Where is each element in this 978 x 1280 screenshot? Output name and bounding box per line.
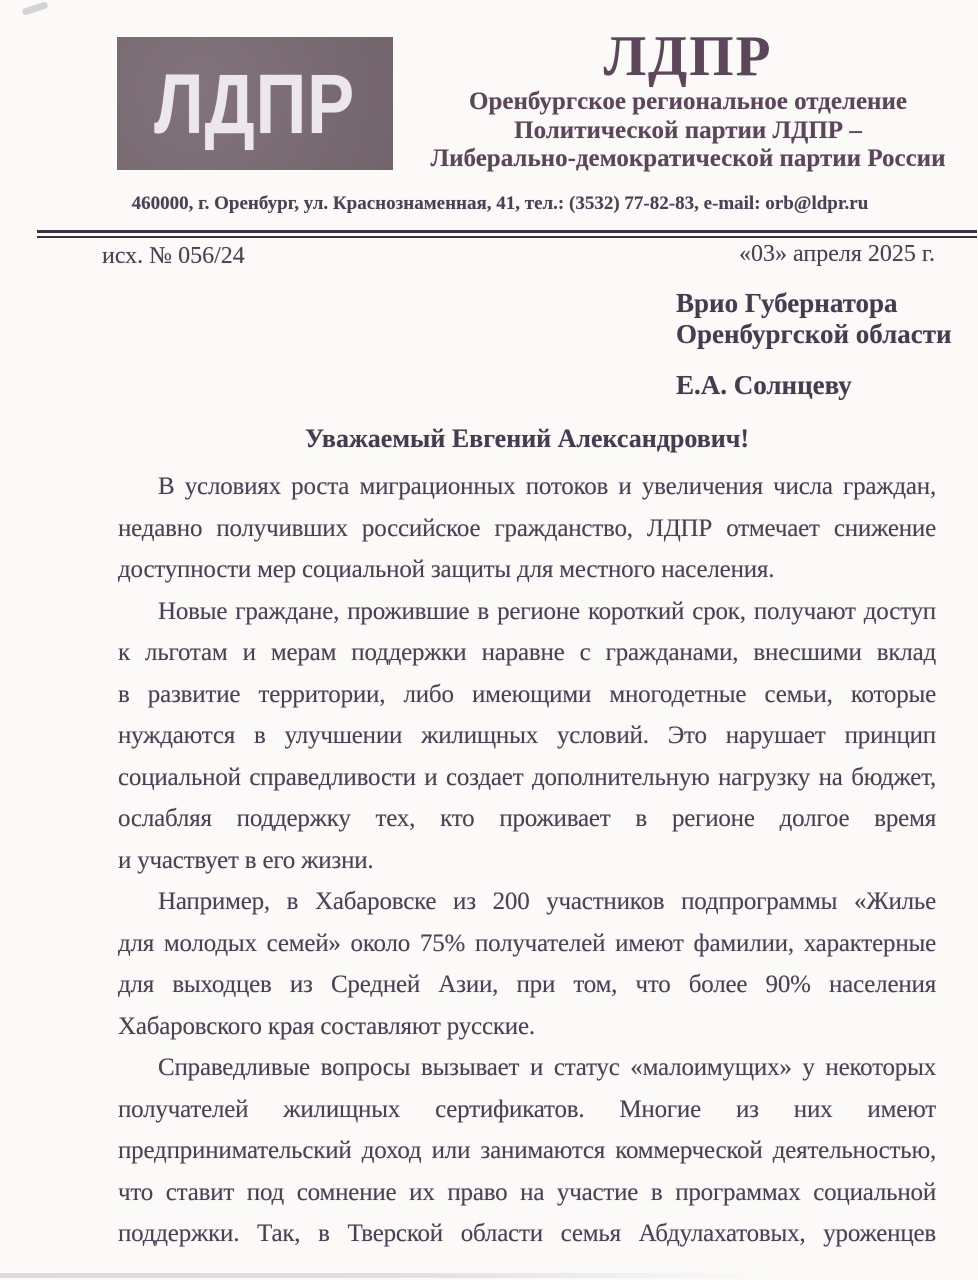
paragraph-3: Например, в Хабаровске из 200 участников… bbox=[118, 881, 936, 1047]
scan-artifact-top-left bbox=[22, 1, 49, 16]
outgoing-number: исх. № 056/24 bbox=[102, 243, 245, 270]
addressee-position-line-1: Врио Губернатора bbox=[676, 288, 952, 319]
body-line: социальной справедливости и создает допо… bbox=[118, 757, 936, 799]
ldpr-logo: ЛДПР bbox=[117, 37, 393, 170]
salutation: Уважаемый Евгений Александрович! bbox=[118, 424, 936, 454]
party-title: ЛДПР bbox=[408, 26, 968, 88]
body-line: Хабаровского края составляют русские. bbox=[118, 1006, 936, 1048]
body-line: Например, в Хабаровске из 200 участников… bbox=[118, 881, 936, 923]
contact-address: 460000, г. Оренбург, ул. Краснознаменная… bbox=[60, 193, 940, 215]
header-divider bbox=[37, 230, 977, 238]
addressee-position-line-2: Оренбургской области bbox=[676, 319, 952, 350]
scan-artifact-bottom-edge bbox=[0, 1273, 763, 1278]
paragraph-2: Новые граждане, прожившие в регионе коро… bbox=[118, 591, 936, 882]
body-line: доступности мер социальной защиты для ме… bbox=[118, 549, 936, 591]
body-line: Справедливые вопросы вызывает и статус «… bbox=[118, 1047, 936, 1089]
body-line: предпринимательский доход или занимаются… bbox=[118, 1130, 936, 1172]
body-line: нуждаются в улучшении жилищных условий. … bbox=[118, 715, 936, 757]
addressee-block: Врио Губернатора Оренбургской области Е.… bbox=[676, 288, 952, 401]
body-line: в развитие территории, либо имеющими мно… bbox=[118, 674, 936, 716]
paragraph-1: В условиях роста миграционных потоков и … bbox=[118, 466, 936, 591]
letterhead: ЛДПР Оренбургское региональное отделение… bbox=[408, 26, 968, 174]
addressee-name: Е.А. Солнцеву bbox=[676, 370, 952, 401]
body-line: и участвует в его жизни. bbox=[118, 840, 936, 882]
body-line: к льготам и мерам поддержки наравне с гр… bbox=[118, 632, 936, 674]
scanned-letter-page: ЛДПР ЛДПР Оренбургское региональное отде… bbox=[0, 0, 978, 1280]
ldpr-logo-text: ЛДПР bbox=[155, 62, 356, 146]
letterhead-line-1: Оренбургское региональное отделение bbox=[408, 88, 968, 117]
body-line: получателей жилищных сертификатов. Многи… bbox=[118, 1089, 936, 1131]
body-line: ослабляя поддержку тех, кто проживает в … bbox=[118, 798, 936, 840]
letterhead-line-2: Политической партии ЛДПР – bbox=[408, 117, 968, 146]
body-line: Новые граждане, прожившие в регионе коро… bbox=[118, 591, 936, 633]
body-line: для выходцев из Средней Азии, при том, ч… bbox=[118, 964, 936, 1006]
letter-date: «03» апреля 2025 г. bbox=[739, 241, 935, 268]
body-line: для молодых семей» около 75% получателей… bbox=[118, 923, 936, 965]
letterhead-line-3: Либерально-демократической партии России bbox=[408, 145, 968, 174]
body-line: что ставит под сомнение их право на учас… bbox=[118, 1172, 936, 1214]
paragraph-4: Справедливые вопросы вызывает и статус «… bbox=[118, 1047, 936, 1255]
body-line: В условиях роста миграционных потоков и … bbox=[118, 466, 936, 508]
body-line: поддержки. Так, в Тверской области семья… bbox=[118, 1213, 936, 1255]
letter-body: В условиях роста миграционных потоков и … bbox=[118, 466, 936, 1255]
body-line: недавно получивших российское гражданств… bbox=[118, 508, 936, 550]
